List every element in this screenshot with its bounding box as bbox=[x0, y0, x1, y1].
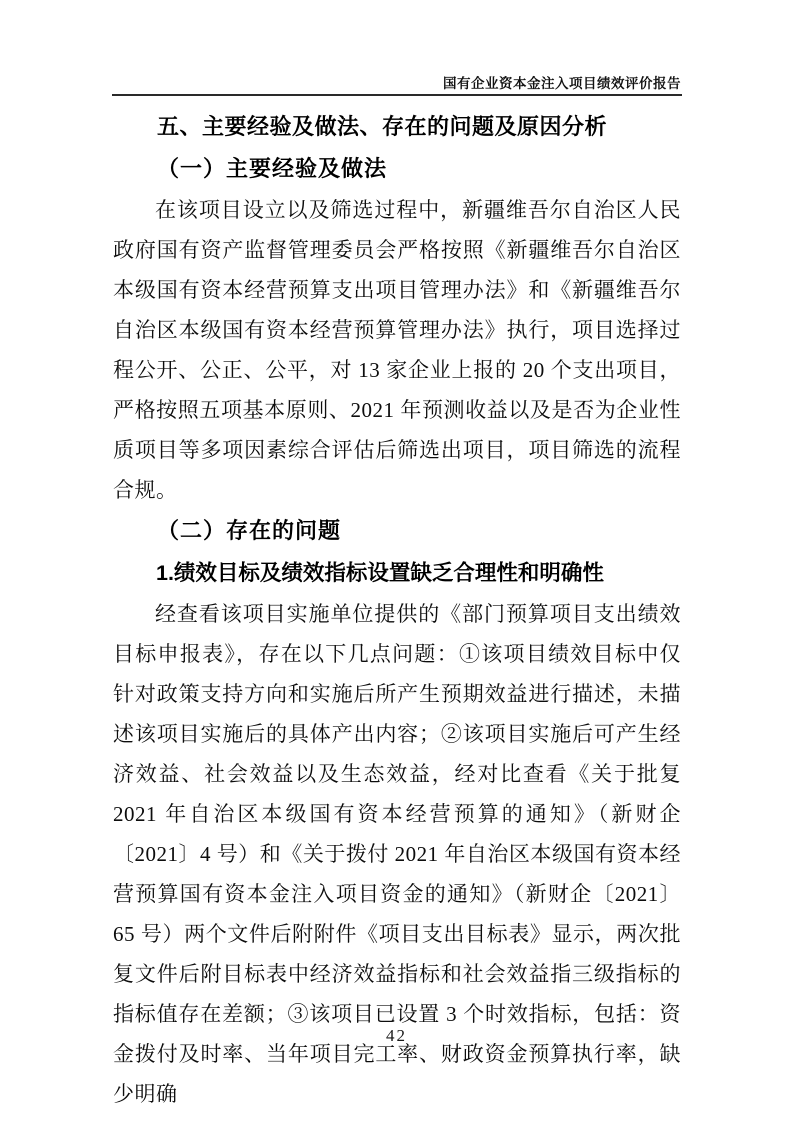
numbered-heading-performance-targets: 1.绩效目标及绩效指标设置缺乏合理性和明确性 bbox=[113, 552, 681, 594]
sub-heading-experience: （一）主要经验及做法 bbox=[113, 148, 681, 190]
header-divider-rule bbox=[112, 94, 682, 96]
page-number: 42 bbox=[0, 1026, 793, 1046]
document-body: 五、主要经验及做法、存在的问题及原因分析 （一）主要经验及做法 在该项目设立以及… bbox=[113, 106, 681, 1114]
paragraph-experience: 在该项目设立以及筛选过程中，新疆维吾尔自治区人民政府国有资产监督管理委员会严格按… bbox=[113, 190, 681, 510]
document-page: 国有企业资本金注入项目绩效评价报告 五、主要经验及做法、存在的问题及原因分析 （… bbox=[0, 0, 793, 1122]
section-heading: 五、主要经验及做法、存在的问题及原因分析 bbox=[113, 106, 681, 148]
running-header-title: 国有企业资本金注入项目绩效评价报告 bbox=[113, 72, 681, 92]
sub-heading-problems: （二）存在的问题 bbox=[113, 510, 681, 552]
